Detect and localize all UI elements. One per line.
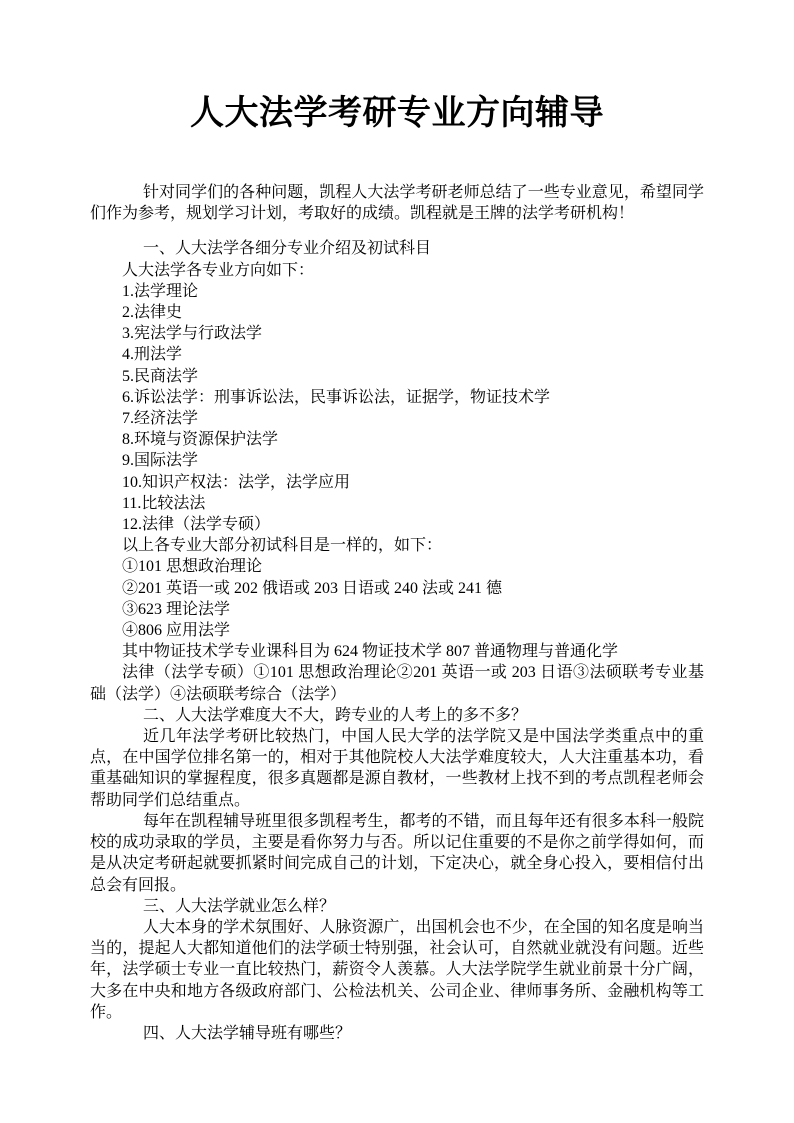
text-line: 以上各专业大部分初试科目是一样的，如下： bbox=[90, 535, 704, 556]
text-line: 其中物证技术学专业课科目为 624 物证技术学 807 普通物理与普通化学 bbox=[90, 641, 704, 662]
document-page: 人大法学考研专业方向辅导 针对同学们的各种问题，凯程人大法学考研老师总结了一些专… bbox=[0, 0, 794, 1123]
list-item: 12.法律（法学专硕） bbox=[90, 514, 704, 535]
list-item: 11.比较法法 bbox=[90, 493, 704, 514]
list-item: ③623 理论法学 bbox=[90, 599, 704, 620]
list-item: 8.环境与资源保护法学 bbox=[90, 429, 704, 450]
list-item: 7.经济法学 bbox=[90, 408, 704, 429]
list-item: 2.法律史 bbox=[90, 302, 704, 323]
paragraph: 法律（法学专硕）①101 思想政治理论②201 英语一或 203 日语③法硕联考… bbox=[90, 662, 704, 704]
list-item: 4.刑法学 bbox=[90, 344, 704, 365]
list-item: ①101 思想政治理论 bbox=[90, 556, 704, 577]
list-item: 3.宪法学与行政法学 bbox=[90, 323, 704, 344]
section-heading-3: 三、人大法学就业怎么样？ bbox=[90, 896, 704, 917]
section-heading-2: 二、人大法学难度大不大，跨专业的人考上的多不多？ bbox=[90, 705, 704, 726]
list-item: 6.诉讼法学：刑事诉讼法，民事诉讼法，证据学，物证技术学 bbox=[90, 387, 704, 408]
paragraph: 近几年法学考研比较热门，中国人民大学的法学院又是中国法学类重点中的重点，在中国学… bbox=[90, 726, 704, 811]
paragraph: 人大本身的学术氛围好、人脉资源广，出国机会也不少，在全国的知名度是响当当的，提起… bbox=[90, 917, 704, 1023]
paragraph: 每年在凯程辅导班里很多凯程考生，都考的不错，而且每年还有很多本科一般院校的成功录… bbox=[90, 811, 704, 896]
list-item: ④806 应用法学 bbox=[90, 620, 704, 641]
document-body: 针对同学们的各种问题，凯程人大法学考研老师总结了一些专业意见，希望同学们作为参考… bbox=[90, 182, 704, 1044]
list-item: 1.法学理论 bbox=[90, 281, 704, 302]
list-item: 10.知识产权法：法学，法学应用 bbox=[90, 472, 704, 493]
document-title: 人大法学考研专业方向辅导 bbox=[0, 94, 794, 134]
list-item: 9.国际法学 bbox=[90, 450, 704, 471]
section-heading-4: 四、人大法学辅导班有哪些？ bbox=[90, 1023, 704, 1044]
intro-paragraph: 针对同学们的各种问题，凯程人大法学考研老师总结了一些专业意见，希望同学们作为参考… bbox=[90, 182, 704, 224]
text-line: 人大法学各专业方向如下： bbox=[90, 260, 704, 281]
list-item: 5.民商法学 bbox=[90, 366, 704, 387]
list-item: ②201 英语一或 202 俄语或 203 日语或 240 法或 241 德 bbox=[90, 578, 704, 599]
section-heading-1: 一、人大法学各细分专业介绍及初试科目 bbox=[90, 238, 704, 259]
